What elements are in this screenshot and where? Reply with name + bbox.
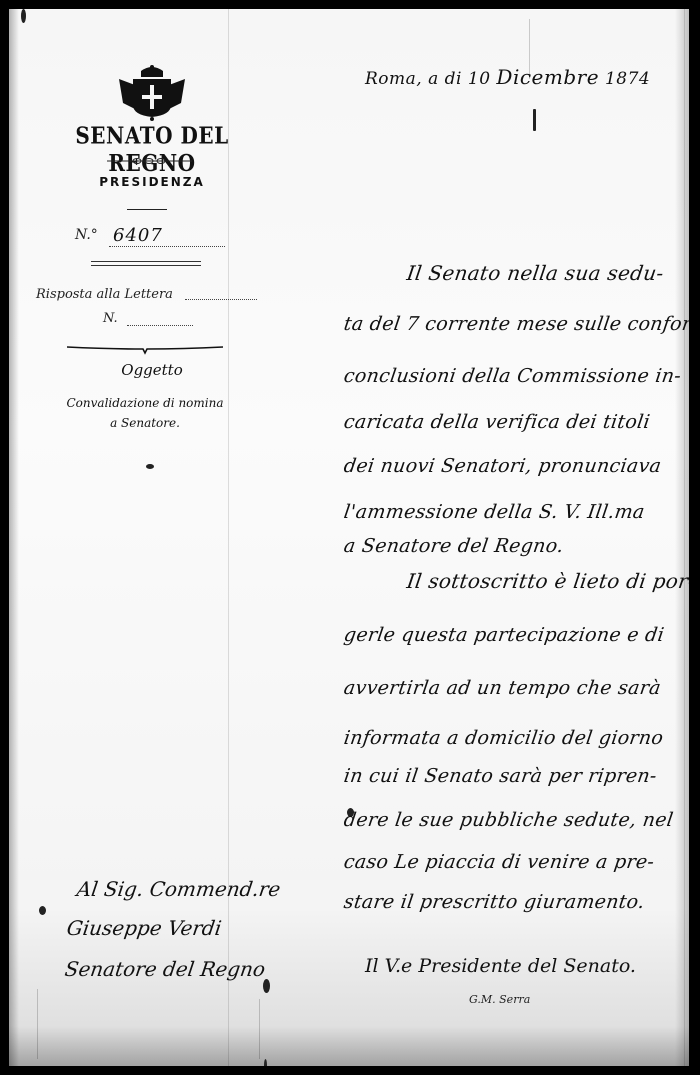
ink-blot xyxy=(264,1059,267,1066)
body-line: caricata della verifica dei titoli xyxy=(342,411,651,433)
reply-number-label: N. xyxy=(103,311,118,326)
savoy-crown-shield-icon xyxy=(117,65,187,121)
body-line: stare il prescritto giuramento. xyxy=(342,891,646,913)
body-line: informata a domicilio del giorno xyxy=(342,727,664,749)
date-month: Dicembre xyxy=(496,65,599,89)
closing-title: Il V.e Presidente del Senato. xyxy=(365,955,636,977)
ink-blot xyxy=(263,979,270,993)
ink-blot xyxy=(39,906,46,915)
subject-line: Convalidazione di nomina xyxy=(45,393,245,413)
addressee-name: Giuseppe Verdi xyxy=(65,916,223,940)
institution-title: SENATO DEL REGNO xyxy=(37,121,267,176)
body-line: conclusioni della Commissione in- xyxy=(342,365,682,387)
body-line: Il sottoscritto è lieto di por- xyxy=(405,569,689,593)
ink-blot xyxy=(533,109,536,131)
body-line: gerle questa partecipazione e di xyxy=(342,624,665,646)
date-place: Roma, a di xyxy=(365,69,462,89)
divider xyxy=(91,261,201,266)
body-line: in cui il Senato sarà per ripren- xyxy=(342,765,658,787)
subject-label: Oggetto xyxy=(37,361,267,379)
brace-divider xyxy=(67,345,223,355)
body-line: Il Senato nella sua sedu- xyxy=(405,261,665,285)
body-line: caso Le piaccia di venire a pre- xyxy=(342,851,655,873)
signature: G.M. Serra xyxy=(469,993,530,1006)
fold-line xyxy=(684,9,685,1066)
reply-to-letter-field xyxy=(185,299,257,300)
letter-date: Roma, a di 10 Dicembre 1874 xyxy=(365,65,650,89)
paper-streak xyxy=(37,989,38,1059)
protocol-number-value: 6407 xyxy=(109,225,225,247)
body-line: dere le sue pubbliche sedute, nel xyxy=(342,809,674,831)
body-line: dei nuovi Senatori, pronunciava xyxy=(342,455,662,477)
ink-blot xyxy=(146,464,154,469)
paper-streak xyxy=(259,999,260,1059)
addressee-line: Al Sig. Commend.re xyxy=(75,877,282,901)
addressee-line: Senatore del Regno xyxy=(63,957,267,981)
body-line: avvertirla ad un tempo che sarà xyxy=(342,677,662,699)
body-line: a Senatore del Regno. xyxy=(342,535,565,557)
body-line: l'ammessione della S. V. Ill.ma xyxy=(342,501,646,523)
date-day: 10 xyxy=(468,69,491,89)
reply-number-field xyxy=(127,325,193,326)
subject-line: a Senatore. xyxy=(45,413,245,433)
divider xyxy=(127,209,167,210)
document-page: SENATO DEL REGNO PRESIDENZA N.° 6407 Ris… xyxy=(9,9,689,1066)
ink-blot xyxy=(21,9,26,23)
office-name: PRESIDENZA xyxy=(37,175,267,189)
date-year: 1874 xyxy=(605,69,650,89)
decorative-ornament xyxy=(107,157,192,165)
subject-text: Convalidazione di nomina a Senatore. xyxy=(45,393,245,433)
protocol-number-label: N.° xyxy=(75,227,98,243)
body-line: ta del 7 corrente mese sulle conformi xyxy=(342,313,689,335)
reply-to-letter-label: Risposta alla Lettera xyxy=(36,287,173,302)
